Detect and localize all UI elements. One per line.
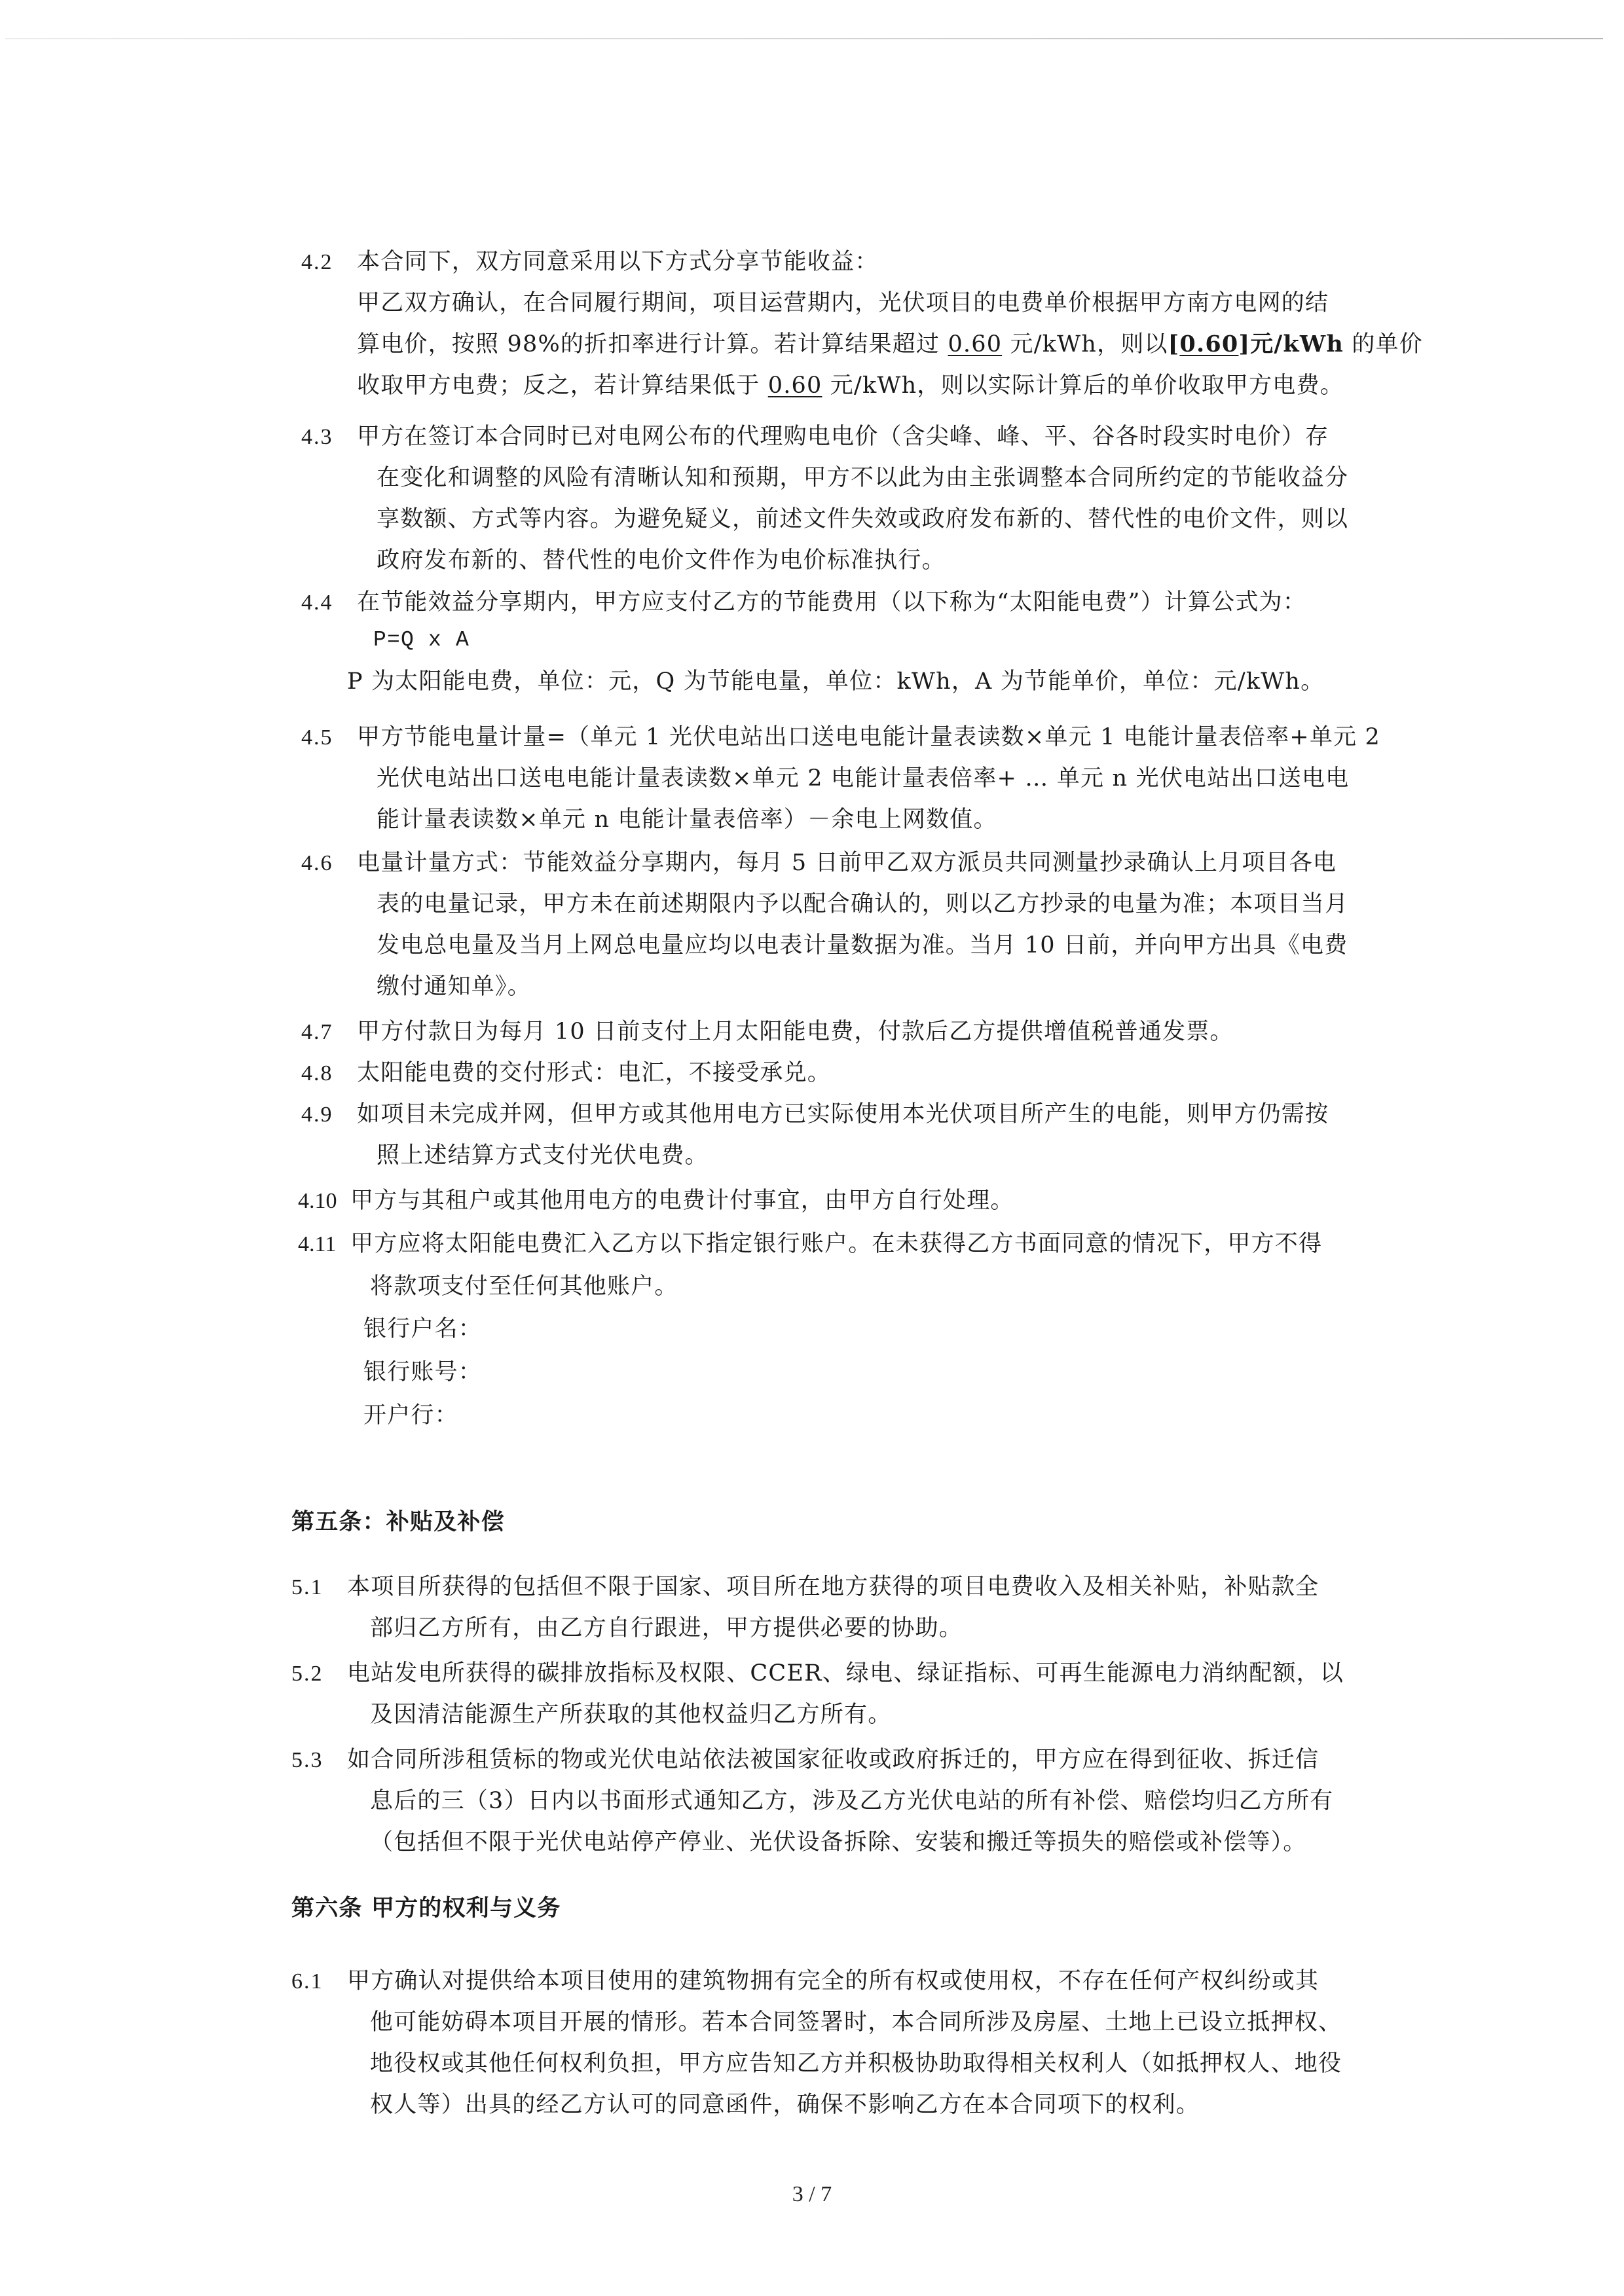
page-number: 3 / 7	[0, 2182, 1624, 2207]
clause-text: 甲乙双方确认，在合同履行期间，项目运营期内，光伏项目的电费单价根据甲方南方电网的…	[357, 290, 1329, 316]
clause-4-5-line-1: 4.5甲方节能电量计量=（单元 1 光伏电站出口送电电能计量表读数×单元 1 电…	[301, 724, 1380, 751]
clause-text: 甲方付款日为每月 10 日前支付上月太阳能电费，付款后乙方提供增值税普通发票。	[357, 1019, 1234, 1045]
clause-number: 4.7	[301, 1019, 357, 1046]
clause-text: 光伏电站出口送电电能计量表读数×单元 2 电能计量表倍率+ … 单元 n 光伏电…	[377, 765, 1349, 792]
clause-number: 4.5	[301, 725, 357, 751]
clause-4-11-line-2: 将款项支付至任何其他账户。	[370, 1273, 678, 1300]
clause-number: 4.2	[301, 249, 357, 276]
clause-5-3-line-3: （包括但不限于光伏电站停产停业、光伏设备拆除、安装和搬迁等损失的赔偿或补偿等）。	[370, 1829, 1307, 1855]
clause-number: 4.10	[298, 1188, 350, 1214]
clause-text: 政府发布新的、替代性的电价文件作为电价标准执行。	[377, 547, 946, 574]
bank-branch-label: 开户行：	[363, 1402, 458, 1429]
clause-text: 收取甲方电费；反之，若计算结果低于	[357, 373, 768, 399]
clause-text: 本合同下，双方同意采用以下方式分享节能收益：	[357, 249, 878, 275]
clause-text: 息后的三（3）日内以书面形式通知乙方，涉及乙方光伏电站的所有补偿、赔偿均归乙方所…	[370, 1788, 1333, 1814]
clause-text: 电量计量方式：节能效益分享期内，每月 5 日前甲乙双方派员共同测量抄录确认上月项…	[357, 850, 1337, 876]
clause-4-3-line-4: 政府发布新的、替代性的电价文件作为电价标准执行。	[377, 547, 946, 574]
clause-5-1-line-1: 5.1本项目所获得的包括但不限于国家、项目所在地方获得的项目电费收入及相关补贴，…	[291, 1574, 1319, 1601]
clause-4-3-line-3: 享数额、方式等内容。为避免疑义，前述文件失效或政府发布新的、替代性的电价文件，则…	[377, 506, 1348, 532]
clause-text: 部归乙方所有，由乙方自行跟进，甲方提供必要的协助。	[370, 1615, 963, 1641]
bank-account-number-field: 银行账号：	[363, 1359, 482, 1385]
bank-account-name-field: 银行户名：	[363, 1316, 482, 1342]
article-5-heading: 第五条：补贴及补偿	[291, 1509, 505, 1535]
clause-4-11-line-1: 4.11甲方应将太阳能电费汇入乙方以下指定银行账户。在未获得乙方书面同意的情况下…	[298, 1231, 1322, 1258]
clause-4-2-line-4: 收取甲方电费；反之，若计算结果低于 0.60 元/kWh，则以实际计算后的单价收…	[357, 373, 1344, 399]
clause-text: 元/kWh，则以实际计算后的单价收取甲方电费。	[822, 373, 1343, 399]
clause-text: 发电总电量及当月上网总电量应均以电表计量数据为准。当月 10 日前，并向甲方出具…	[377, 932, 1348, 958]
clause-4-6-line-2: 表的电量记录，甲方未在前述期限内予以配合确认的，则以乙方抄录的电量为准；本项目当…	[377, 891, 1348, 917]
clause-text: 能计量表读数×单元 n 电能计量表倍率）－余电上网数值。	[377, 807, 997, 833]
clause-number: 4.6	[301, 850, 357, 877]
clause-text: 本项目所获得的包括但不限于国家、项目所在地方获得的项目电费收入及相关补贴，补贴款…	[347, 1574, 1319, 1600]
bank-account-number-label: 银行账号：	[363, 1359, 482, 1385]
formula-definition: P 为太阳能电费，单位：元，Q 为节能电量，单位：kWh，A 为节能单价，单位：…	[347, 668, 1324, 695]
clause-4-2-line-2: 甲乙双方确认，在合同履行期间，项目运营期内，光伏项目的电费单价根据甲方南方电网的…	[357, 290, 1329, 316]
price-threshold-value: 0.60	[948, 331, 1002, 357]
clause-4-6-line-4: 缴付通知单》。	[377, 974, 531, 1000]
clause-4-10: 4.10甲方与其租户或其他用电方的电费计付事宜，由甲方自行处理。	[298, 1188, 1014, 1214]
clause-text: 甲方确认对提供给本项目使用的建筑物拥有完全的所有权或使用权，不存在任何产权纠纷或…	[347, 1968, 1319, 1994]
clause-6-1-line-4: 权人等）出具的经乙方认可的同意函件，确保不影响乙方在本合同项下的权利。	[370, 2092, 1200, 2118]
clause-text: 在变化和调整的风险有清晰认知和预期，甲方不以此为由主张调整本合同所约定的节能收益…	[377, 465, 1348, 491]
clause-4-6-line-1: 4.6电量计量方式：节能效益分享期内，每月 5 日前甲乙双方派员共同测量抄录确认…	[301, 850, 1337, 877]
clause-text: 甲方在签订本合同时已对电网公布的代理购电电价（含尖峰、峰、平、谷各时段实时电价）…	[357, 424, 1329, 450]
clause-text: 享数额、方式等内容。为避免疑义，前述文件失效或政府发布新的、替代性的电价文件，则…	[377, 506, 1348, 532]
price-floor-value: 0.60	[768, 373, 822, 399]
bank-branch-field: 开户行：	[363, 1402, 458, 1429]
bank-account-name-label: 银行户名：	[363, 1316, 482, 1342]
clause-number: 4.9	[301, 1102, 357, 1128]
contract-page: 4.2本合同下，双方同意采用以下方式分享节能收益： 甲乙双方确认，在合同履行期间…	[0, 0, 1624, 2296]
clause-4-2-line-1: 4.2本合同下，双方同意采用以下方式分享节能收益：	[301, 249, 878, 276]
clause-number: 5.2	[291, 1661, 347, 1687]
clause-text: 在节能效益分享期内，甲方应支付乙方的节能费用（以下称为“太阳能电费”）计算公式为…	[357, 589, 1306, 615]
price-unit: ]元/kWh	[1238, 331, 1344, 357]
clause-6-1-line-2: 他可能妨碍本项目开展的情形。若本合同签署时，本合同所涉及房屋、土地上已设立抵押权…	[370, 2009, 1342, 2035]
clause-text: 表的电量记录，甲方未在前述期限内予以配合确认的，则以乙方抄录的电量为准；本项目当…	[377, 891, 1348, 917]
clause-5-3-line-1: 5.3如合同所涉租赁标的物或光伏电站依法被国家征收或政府拆迁的，甲方应在得到征收…	[291, 1747, 1319, 1774]
clause-4-3-line-1: 4.3甲方在签订本合同时已对电网公布的代理购电电价（含尖峰、峰、平、谷各时段实时…	[301, 424, 1329, 450]
clause-number: 4.4	[301, 590, 357, 616]
clause-text: 将款项支付至任何其他账户。	[370, 1273, 678, 1300]
clause-4-5-line-2: 光伏电站出口送电电能计量表读数×单元 2 电能计量表倍率+ … 单元 n 光伏电…	[377, 765, 1349, 792]
clause-6-1-line-1: 6.1甲方确认对提供给本项目使用的建筑物拥有完全的所有权或使用权，不存在任何产权…	[291, 1968, 1319, 1995]
clause-4-5-line-3: 能计量表读数×单元 n 电能计量表倍率）－余电上网数值。	[377, 807, 997, 833]
clause-4-4-line-1: 4.4在节能效益分享期内，甲方应支付乙方的节能费用（以下称为“太阳能电费”）计算…	[301, 589, 1306, 616]
clause-number: 4.11	[298, 1231, 350, 1258]
clause-text: 算电价，按照 98%的折扣率进行计算。若计算结果超过	[357, 331, 948, 357]
clause-text: 如合同所涉租赁标的物或光伏电站依法被国家征收或政府拆迁的，甲方应在得到征收、拆迁…	[347, 1747, 1319, 1773]
clause-5-1-line-2: 部归乙方所有，由乙方自行跟进，甲方提供必要的协助。	[370, 1615, 963, 1641]
clause-4-8: 4.8太阳能电费的交付形式：电汇，不接受承兑。	[301, 1060, 831, 1087]
formula-text: P=Q x A	[373, 628, 470, 652]
clause-4-9-line-1: 4.9如项目未完成并网，但甲方或其他用电方已实际使用本光伏项目所产生的电能，则甲…	[301, 1101, 1329, 1128]
clause-text: 权人等）出具的经乙方认可的同意函件，确保不影响乙方在本合同项下的权利。	[370, 2092, 1200, 2118]
clause-text: 地役权或其他任何权利负担，甲方应告知乙方并积极协助取得相关权利人（如抵押权人、地…	[370, 2050, 1342, 2077]
clause-text: 及因清洁能源生产所获取的其他权益归乙方所有。	[370, 1702, 891, 1728]
bracket: [	[1168, 331, 1180, 357]
clause-number: 5.3	[291, 1747, 347, 1774]
clause-text: 的单价	[1344, 331, 1423, 357]
clause-number: 5.1	[291, 1575, 347, 1601]
formula: P=Q x A	[373, 627, 470, 653]
clause-text: 元/kWh，则以	[1002, 331, 1168, 357]
clause-5-2-line-2: 及因清洁能源生产所获取的其他权益归乙方所有。	[370, 1702, 891, 1728]
clause-text: 太阳能电费的交付形式：电汇，不接受承兑。	[357, 1060, 831, 1086]
clause-text: 甲方与其租户或其他用电方的电费计付事宜，由甲方自行处理。	[350, 1188, 1014, 1214]
clause-text: 甲方节能电量计量=（单元 1 光伏电站出口送电电能计量表读数×单元 1 电能计量…	[357, 724, 1380, 750]
section-heading: 第六条 甲方的权利与义务	[291, 1895, 561, 1922]
clause-4-7: 4.7甲方付款日为每月 10 日前支付上月太阳能电费，付款后乙方提供增值税普通发…	[301, 1019, 1234, 1046]
clause-4-2-line-3: 算电价，按照 98%的折扣率进行计算。若计算结果超过 0.60 元/kWh，则以…	[357, 331, 1423, 357]
clause-6-1-line-3: 地役权或其他任何权利负担，甲方应告知乙方并积极协助取得相关权利人（如抵押权人、地…	[370, 2050, 1342, 2077]
clause-number: 6.1	[291, 1969, 347, 1995]
clause-number: 4.8	[301, 1061, 357, 1087]
clause-4-6-line-3: 发电总电量及当月上网总电量应均以电表计量数据为准。当月 10 日前，并向甲方出具…	[377, 932, 1348, 958]
clause-text: 电站发电所获得的碳排放指标及权限、CCER、绿电、绿证指标、可再生能源电力消纳配…	[347, 1660, 1344, 1686]
clause-4-9-line-2: 照上述结算方式支付光伏电费。	[377, 1142, 709, 1169]
clause-number: 4.3	[301, 424, 357, 450]
price-cap-value: 0.60	[1179, 331, 1238, 357]
clause-4-3-line-2: 在变化和调整的风险有清晰认知和预期，甲方不以此为由主张调整本合同所约定的节能收益…	[377, 465, 1348, 491]
clause-5-2-line-1: 5.2电站发电所获得的碳排放指标及权限、CCER、绿电、绿证指标、可再生能源电力…	[291, 1660, 1344, 1687]
clause-text: 缴付通知单》。	[377, 974, 531, 1000]
clause-text: 如项目未完成并网，但甲方或其他用电方已实际使用本光伏项目所产生的电能，则甲方仍需…	[357, 1101, 1329, 1127]
clause-text: 他可能妨碍本项目开展的情形。若本合同签署时，本合同所涉及房屋、土地上已设立抵押权…	[370, 2009, 1342, 2035]
clause-text: P 为太阳能电费，单位：元，Q 为节能电量，单位：kWh，A 为节能单价，单位：…	[347, 668, 1324, 695]
clause-text: （包括但不限于光伏电站停产停业、光伏设备拆除、安装和搬迁等损失的赔偿或补偿等）。	[370, 1829, 1307, 1855]
clause-text: 照上述结算方式支付光伏电费。	[377, 1142, 709, 1169]
clause-text: 甲方应将太阳能电费汇入乙方以下指定银行账户。在未获得乙方书面同意的情况下，甲方不…	[350, 1231, 1322, 1257]
section-heading: 第五条：补贴及补偿	[291, 1508, 505, 1535]
clause-5-3-line-2: 息后的三（3）日内以书面形式通知乙方，涉及乙方光伏电站的所有补偿、赔偿均归乙方所…	[370, 1788, 1333, 1814]
article-6-heading: 第六条 甲方的权利与义务	[291, 1895, 561, 1922]
